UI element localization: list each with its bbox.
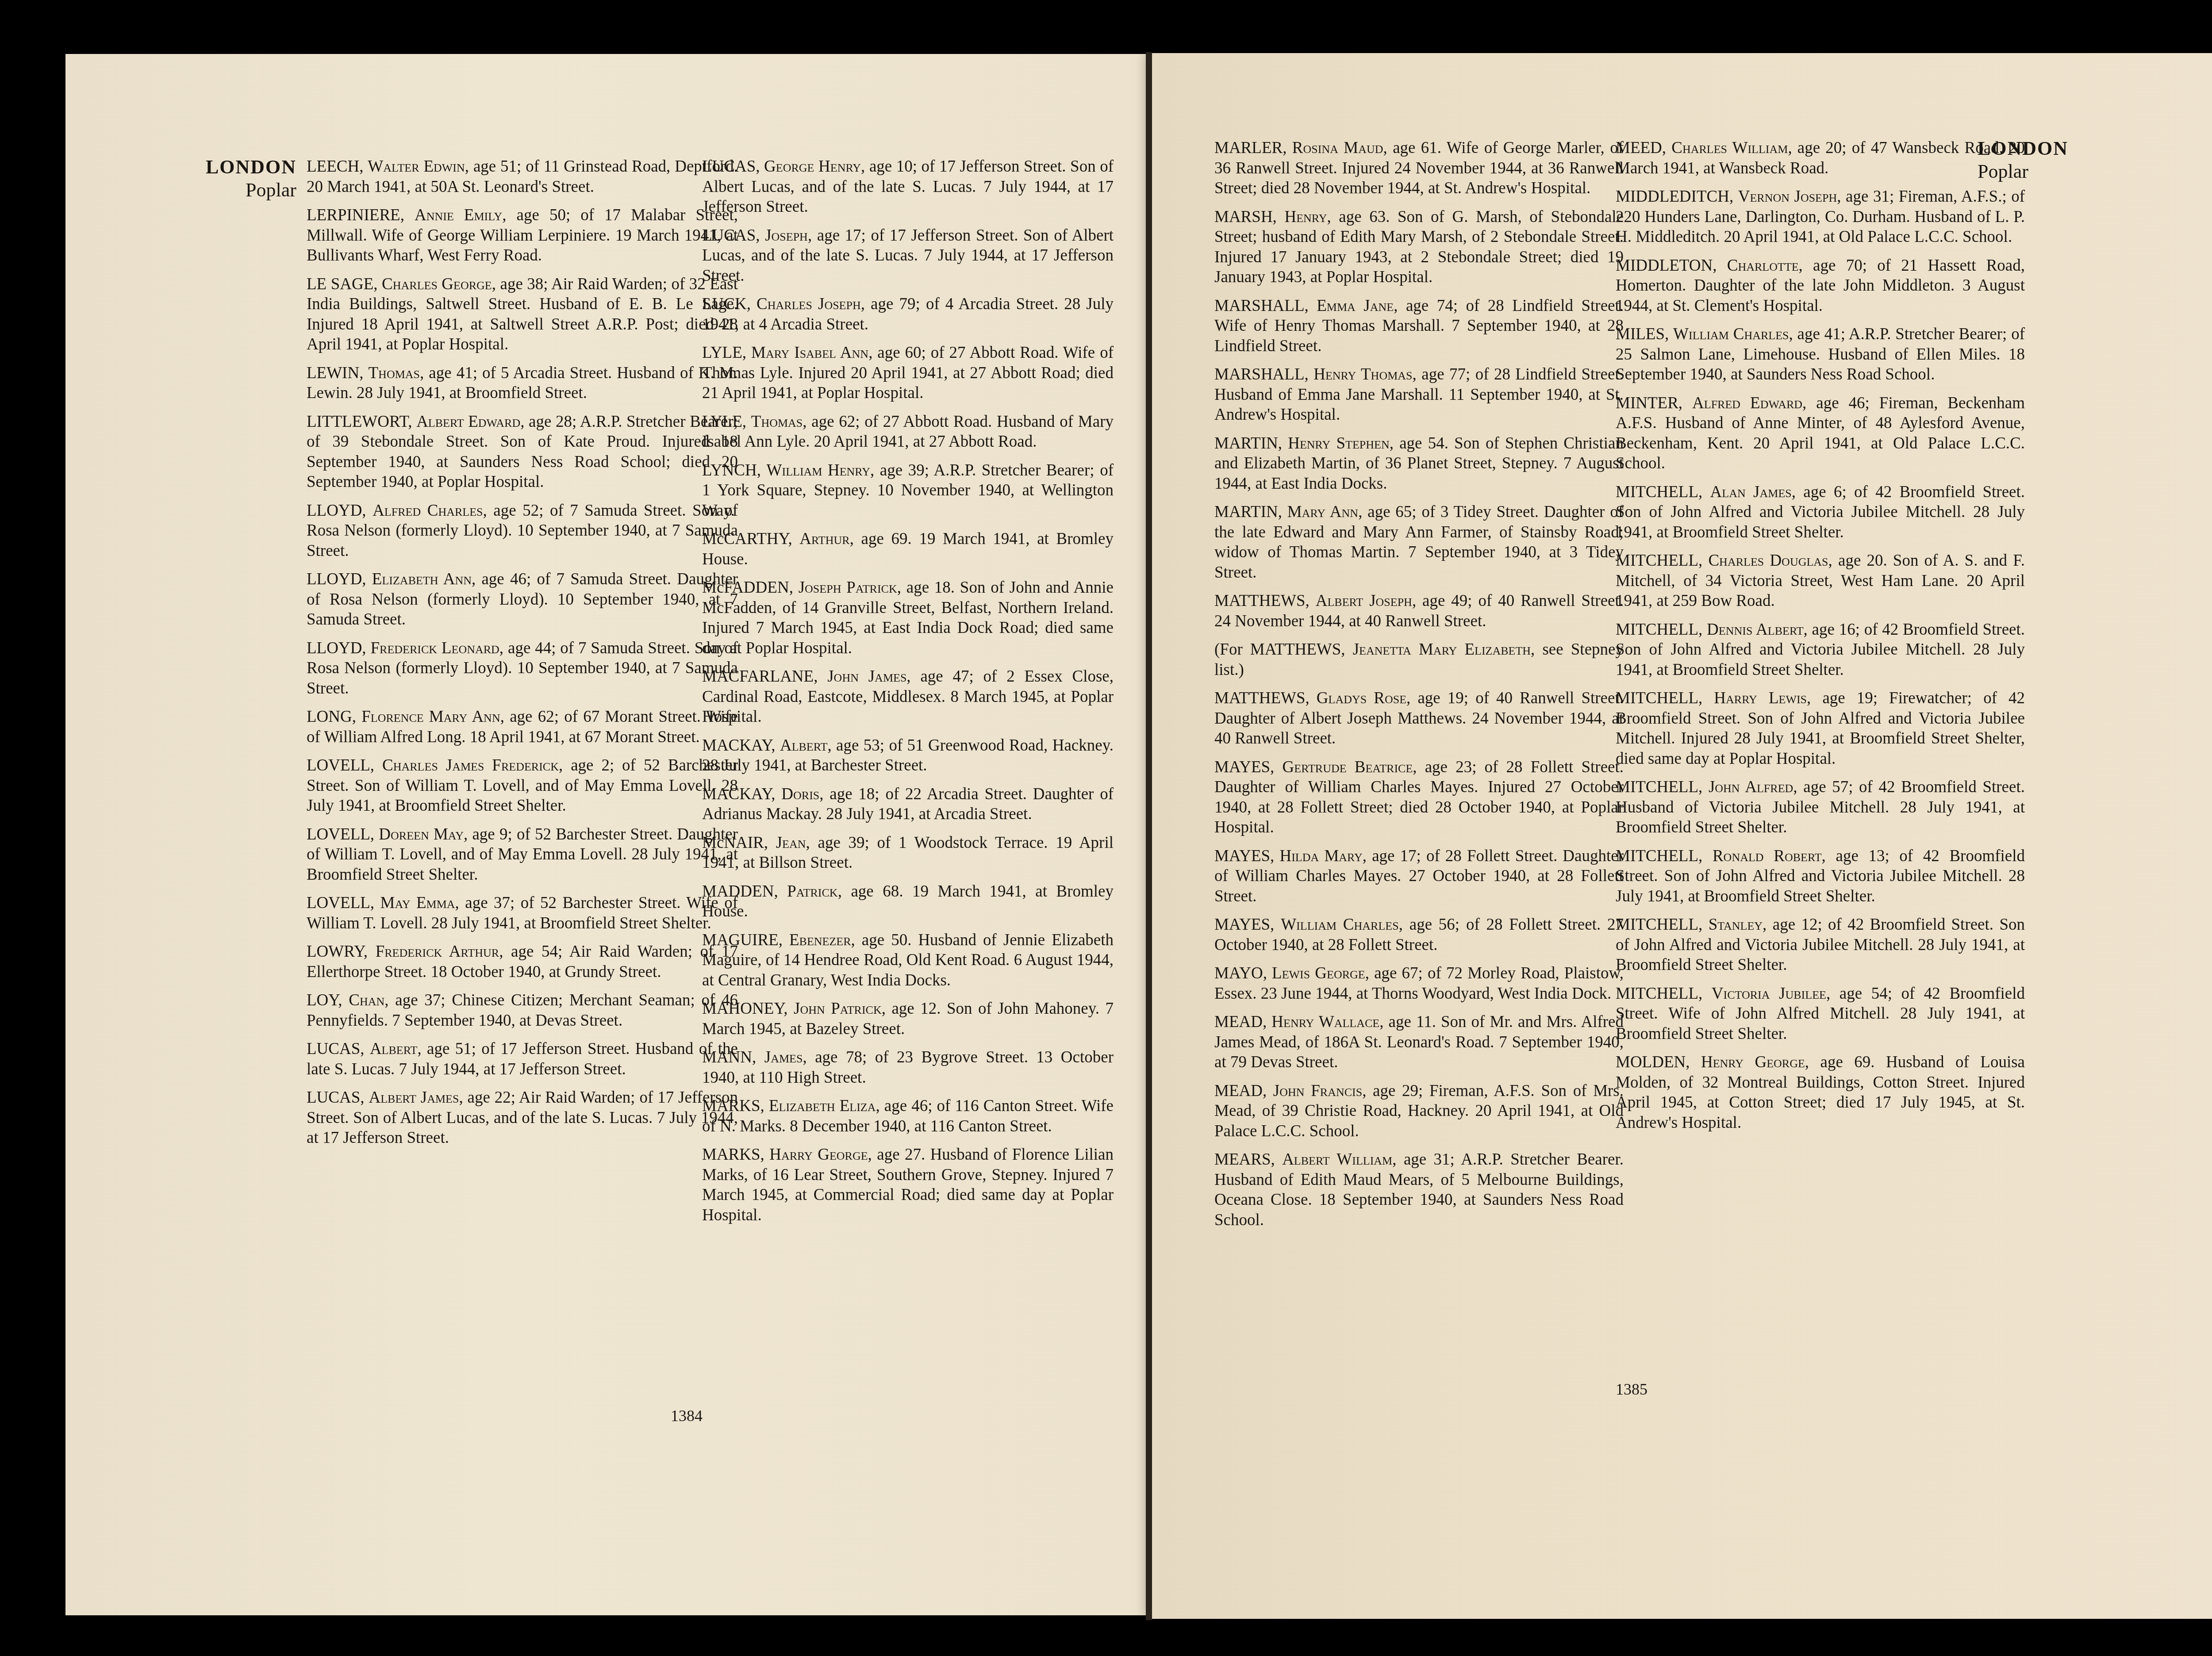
entry-given-names: Vernon Joseph, [1738, 188, 1841, 206]
entry-surname: MITCHELL, [1616, 847, 1702, 865]
left-page-number: 1384 [671, 1407, 703, 1425]
entry-given-names: Elizabeth Eliza, [769, 1097, 880, 1115]
casualty-entry: MITCHELL, Dennis Albert, age 16; of 42 B… [1616, 620, 2025, 680]
entry-given-names: Harry Lewis, [1714, 689, 1811, 707]
casualty-entry: LONG, Florence Mary Ann, age 62; of 67 M… [307, 707, 738, 747]
entry-details: age 78; of 23 Bygrove Street. 13 October… [702, 1048, 1114, 1087]
entry-given-names: George Henry, [764, 157, 865, 176]
entry-details: age 46; of 7 Samuda Street. Daughter of … [307, 570, 738, 629]
casualty-entry: LUCAS, Joseph, age 17; of 17 Jefferson S… [702, 226, 1114, 286]
casualty-entry: MIDDLETON, Charlotte, age 70; of 21 Hass… [1616, 256, 2025, 316]
casualty-entry: MITCHELL, Charles Douglas, age 20. Son o… [1616, 551, 2025, 611]
casualty-entry: MITCHELL, Alan James, age 6; of 42 Broom… [1616, 482, 2025, 543]
casualty-entry: LLOYD, Frederick Leonard, age 44; of 7 S… [307, 638, 738, 699]
entry-given-names: Victoria Jubilee, [1712, 985, 1830, 1003]
entry-surname: LYLE, [702, 413, 746, 431]
entry-surname: MARSH, [1214, 208, 1277, 226]
left-page-column-2: LUCAS, George Henry, age 10; of 17 Jeffe… [702, 157, 1114, 1234]
casualty-entry: MAHONEY, John Patrick, age 12. Son of Jo… [702, 999, 1114, 1039]
entry-given-names: John Patrick, [794, 1000, 886, 1018]
entry-surname: LUCAS, [307, 1089, 365, 1107]
entry-surname: LOVELL, [307, 756, 374, 774]
entry-given-names: Albert, [370, 1040, 422, 1058]
left-region-heading: LONDON Poplar [146, 156, 296, 202]
entry-surname: MINTER, [1616, 394, 1682, 412]
casualty-entry: LOVELL, Doreen May, age 9; of 52 Barches… [307, 824, 738, 885]
entry-given-names: Thomas, [751, 413, 807, 431]
entry-surname: McNAIR, [702, 834, 768, 852]
casualty-entry: MITCHELL, Stanley, age 12; of 42 Broomfi… [1616, 915, 2025, 975]
entry-surname: LLOYD, [307, 639, 366, 657]
entry-given-names: William Charles, [1673, 325, 1793, 343]
entry-given-names: Joseph, [765, 226, 812, 245]
casualty-entry: LUCAS, Albert James, age 22; Air Raid Wa… [307, 1088, 738, 1148]
entry-surname: MEAD, [1214, 1013, 1267, 1031]
entry-details: age 23; of 28 Follett Street. Daughter o… [1214, 758, 1624, 837]
entry-surname: MITCHELL, [1616, 985, 1702, 1003]
right-region-heading: LONDON Poplar [1978, 137, 2084, 183]
entry-given-names: Albert, [780, 736, 832, 755]
casualty-entry: MARTIN, Henry Stephen, age 54. Son of St… [1214, 433, 1624, 494]
entry-details: age 39; A.R.P. Stretcher Bearer; of 1 Yo… [702, 461, 1114, 520]
entry-given-names: Arthur, [799, 530, 854, 548]
casualty-entry: MARKS, Elizabeth Eliza, age 46; of 116 C… [702, 1096, 1114, 1136]
casualty-entry: LUCAS, Albert, age 51; of 17 Jefferson S… [307, 1039, 738, 1079]
entry-surname: MAGUIRE, [702, 931, 783, 949]
casualty-entry: MATTHEWS, Gladys Rose, age 19; of 40 Ran… [1214, 688, 1624, 749]
entry-given-names: Jean, [776, 834, 810, 852]
entry-given-names: Doris, [781, 785, 823, 803]
entry-given-names: Jeanetta Mary Elizabeth, [1353, 640, 1535, 659]
entry-surname: MANN, [702, 1048, 756, 1066]
entry-surname: MITCHELL, [1616, 552, 1702, 570]
entry-surname: MITCHELL, [1616, 916, 1702, 934]
casualty-entry: LYNCH, William Henry, age 39; A.R.P. Str… [702, 460, 1114, 521]
entry-surname: LE SAGE, [307, 275, 378, 293]
casualty-entry: McFADDEN, Joseph Patrick, age 18. Son of… [702, 578, 1114, 658]
region-county: LONDON [1978, 137, 2084, 160]
entry-given-names: Albert William, [1282, 1150, 1396, 1169]
casualty-entry: MARSHALL, Emma Jane, age 74; of 28 Lindf… [1214, 296, 1624, 356]
entry-given-names: Ebenezer, [789, 931, 855, 949]
casualty-entry: LEWIN, Thomas, age 41; of 5 Arcadia Stre… [307, 363, 738, 403]
casualty-entry: MAYO, Lewis George, age 67; of 72 Morley… [1214, 963, 1624, 1004]
entry-surname: LYLE, [702, 344, 746, 362]
entry-given-names: Rosina Maud, [1292, 139, 1387, 157]
entry-surname: MITCHELL, [1616, 621, 1702, 639]
casualty-entry: MATTHEWS, Albert Joseph, age 49; of 40 R… [1214, 591, 1624, 631]
entry-given-names: Charles William, [1671, 139, 1792, 157]
casualty-entry: MAYES, Gertrude Beatrice, age 23; of 28 … [1214, 757, 1624, 838]
entry-surname: LERPINIERE, [307, 206, 404, 224]
casualty-entry: MEAD, John Francis, age 29; Fireman, A.F… [1214, 1081, 1624, 1142]
entry-surname: LITTLEWORT, [307, 413, 412, 431]
entry-given-names: Mary Ann, [1287, 503, 1363, 521]
entry-given-names: May Emma, [380, 894, 459, 912]
casualty-entry: LOVELL, May Emma, age 37; of 52 Barchest… [307, 893, 738, 933]
entry-surname: MAYES, [1214, 847, 1274, 865]
casualty-entry: MAYES, Hilda Mary, age 17; of 28 Follett… [1214, 846, 1624, 907]
entry-surname: LLOYD, [307, 502, 366, 520]
entry-details: age 31; A.R.P. Stretcher Bearer. Husband… [1214, 1150, 1624, 1229]
entry-given-names: Albert James, [369, 1089, 463, 1107]
entry-given-names: Henry Thomas, [1313, 365, 1417, 383]
casualty-entry: MEED, Charles William, age 20; of 47 Wan… [1616, 138, 2025, 178]
entry-surname: MARSHALL, [1214, 297, 1309, 315]
casualty-entry: MEAD, Henry Wallace, age 11. Son of Mr. … [1214, 1012, 1624, 1073]
entry-given-names: Charlotte, [1727, 257, 1803, 275]
entry-surname: MITCHELL, [1616, 778, 1702, 796]
entry-surname: LEWIN, [307, 364, 363, 382]
entry-surname: MIDDLETON, [1616, 257, 1717, 275]
casualty-entry: McNAIR, Jean, age 39; of 1 Woodstock Ter… [702, 833, 1114, 873]
casualty-entry: LYLE, Mary Isabel Ann, age 60; of 27 Abb… [702, 343, 1114, 403]
casualty-entry: (For MATTHEWS, Jeanetta Mary Elizabeth, … [1214, 640, 1624, 680]
entry-surname: LOVELL, [307, 894, 374, 912]
entry-given-names: Chan, [349, 991, 388, 1009]
region-borough: Poplar [146, 179, 296, 202]
entry-given-names: Mary Isabel Ann, [751, 344, 872, 362]
casualty-entry: MINTER, Alfred Edward, age 46; Fireman, … [1616, 393, 2025, 474]
entry-surname: MACFARLANE, [702, 667, 818, 686]
entry-surname: LUCAS, [307, 1040, 365, 1058]
left-page-column-1: LEECH, Walter Edwin, age 51; of 11 Grins… [307, 157, 738, 1157]
entry-given-names: Frederick Leonard, [370, 639, 503, 657]
entry-surname: MEAD, [1214, 1082, 1267, 1100]
casualty-entry: MARSH, Henry, age 63. Son of G. Marsh, o… [1214, 207, 1624, 287]
entry-given-names: Harry George, [769, 1146, 872, 1164]
entry-given-names: James, [764, 1048, 807, 1066]
casualty-entry: MITCHELL, Harry Lewis, age 19; Firewatch… [1616, 688, 2025, 769]
entry-surname: MOLDEN, [1616, 1053, 1690, 1071]
casualty-entry: MARTIN, Mary Ann, age 65; of 3 Tidey Str… [1214, 502, 1624, 583]
entry-given-names: Charles George, [382, 275, 496, 293]
right-page-column-2: MEED, Charles William, age 20; of 47 Wan… [1616, 138, 2025, 1141]
casualty-entry: LITTLEWORT, Albert Edward, age 28; A.R.P… [307, 412, 738, 492]
entry-surname: MARTIN, [1214, 503, 1282, 521]
entry-given-names: Lewis George, [1272, 964, 1369, 982]
entry-given-names: John Alfred, [1709, 778, 1797, 796]
entry-surname: MADDEN, [702, 882, 778, 901]
entry-surname: MARTIN, [1214, 434, 1282, 452]
entry-given-names: Alfred Edward, [1692, 394, 1806, 412]
entry-surname: MARLER, [1214, 139, 1286, 157]
entry-surname: MILES, [1616, 325, 1669, 343]
casualty-entry: MARLER, Rosina Maud, age 61. Wife of Geo… [1214, 138, 1624, 199]
casualty-entry: MACFARLANE, John James, age 47; of 2 Ess… [702, 667, 1114, 727]
entry-surname: MAYES, [1214, 758, 1274, 776]
casualty-entry: MAGUIRE, Ebenezer, age 50. Husband of Je… [702, 930, 1114, 991]
entry-surname: LOWRY, [307, 943, 368, 961]
entry-given-names: Doreen May, [379, 825, 468, 843]
book-spine [1146, 52, 1152, 1620]
entry-details: age 56; of 28 Follett Street. 27 October… [1214, 916, 1624, 954]
entry-given-names: Henry Wallace, [1271, 1013, 1383, 1031]
entry-given-names: Henry Stephen, [1288, 434, 1394, 452]
entry-surname: MACKAY, [702, 736, 776, 755]
entry-surname: MARKS, [702, 1097, 764, 1115]
casualty-entry: MOLDEN, Henry George, age 69. Husband of… [1616, 1052, 2025, 1133]
entry-surname: MATTHEWS, [1214, 689, 1310, 707]
casualty-entry: MACKAY, Doris, age 18; of 22 Arcadia Str… [702, 784, 1114, 824]
entry-given-names: Walter Edwin, [368, 157, 469, 176]
entry-given-names: Gertrude Beatrice, [1283, 758, 1417, 776]
casualty-entry: LERPINIERE, Annie Emily, age 50; of 17 M… [307, 205, 738, 266]
region-county: LONDON [146, 156, 296, 179]
entry-surname: MACKAY, [702, 785, 776, 803]
entry-details: age 17; of 28 Follett Street. Daughter o… [1214, 847, 1624, 905]
entry-given-names: Alfred Charles, [373, 502, 487, 520]
casualty-entry: MITCHELL, Victoria Jubilee, age 54; of 4… [1616, 984, 2025, 1044]
entry-given-names: Henry, [1284, 208, 1331, 226]
entry-given-names: Hilda Mary, [1279, 847, 1367, 865]
casualty-entry: MADDEN, Patrick, age 68. 19 March 1941, … [702, 882, 1114, 922]
entry-given-names: Annie Emily, [415, 206, 507, 224]
entry-given-names: Charles Douglas, [1708, 552, 1832, 570]
casualty-entry: LLOYD, Elizabeth Ann, age 46; of 7 Samud… [307, 569, 738, 630]
right-page-number: 1385 [1616, 1380, 1647, 1399]
entry-surname: MITCHELL, [1616, 689, 1702, 707]
casualty-entry: MARKS, Harry George, age 27. Husband of … [702, 1145, 1114, 1225]
entry-given-names: William Henry, [767, 461, 875, 479]
entry-surname: MAYO, [1214, 964, 1267, 982]
entry-surname: LYNCH, [702, 461, 761, 479]
entry-given-names: Charles Joseph, [757, 295, 865, 313]
entry-given-names: John James, [827, 667, 910, 686]
entry-surname: LONG, [307, 708, 356, 726]
casualty-entry: MAYES, William Charles, age 56; of 28 Fo… [1214, 915, 1624, 955]
entry-given-names: Ronald Robert, [1713, 847, 1826, 865]
casualty-entry: LEECH, Walter Edwin, age 51; of 11 Grins… [307, 157, 738, 197]
entry-surname: MARSHALL, [1214, 365, 1309, 383]
entry-given-names: Florence Mary Ann, [361, 708, 504, 726]
entry-surname: MIDDLEDITCH, [1616, 188, 1733, 206]
entry-details: age 17; of 17 Jefferson Street. Son of A… [702, 226, 1114, 285]
casualty-entry: MARSHALL, Henry Thomas, age 77; of 28 Li… [1214, 364, 1624, 425]
entry-given-names: Stanley, [1709, 916, 1767, 934]
entry-given-names: John Francis, [1273, 1082, 1367, 1100]
entry-given-names: Thomas, [369, 364, 424, 382]
casualty-entry: MIDDLEDITCH, Vernon Joseph, age 31; Fire… [1616, 187, 2025, 247]
entry-surname: MEED, [1616, 139, 1666, 157]
entry-given-names: William Charles, [1281, 916, 1403, 934]
entry-given-names: Dennis Albert, [1707, 621, 1808, 639]
entry-surname: MEARS, [1214, 1150, 1275, 1169]
casualty-entry: MITCHELL, John Alfred, age 57; of 42 Bro… [1616, 777, 2025, 838]
entry-given-names: Charles James Frederick, [382, 756, 563, 774]
entry-surname: LOVELL, [307, 825, 374, 843]
entry-surname: McFADDEN, [702, 579, 793, 597]
entry-details: age 52; of 7 Samuda Street. Son of Rosa … [307, 502, 738, 560]
casualty-entry: LOWRY, Frederick Arthur, age 54; Air Rai… [307, 942, 738, 982]
casualty-entry: LLOYD, Alfred Charles, age 52; of 7 Samu… [307, 501, 738, 561]
casualty-entry: MANN, James, age 78; of 23 Bygrove Stree… [702, 1047, 1114, 1088]
entry-surname: LUCAS, [702, 157, 760, 176]
entry-details: age 54; Air Raid Warden; of 17 Ellerthor… [307, 943, 738, 981]
casualty-entry: LOY, Chan, age 37; Chinese Citizen; Merc… [307, 990, 738, 1031]
casualty-entry: MACKAY, Albert, age 53; of 51 Greenwood … [702, 736, 1114, 776]
entry-surname: LLOYD, [307, 570, 366, 588]
entry-surname: LUCK, [702, 295, 751, 313]
casualty-entry: MEARS, Albert William, age 31; A.R.P. St… [1214, 1150, 1624, 1230]
entry-surname: MARKS, [702, 1146, 764, 1164]
casualty-entry: McCARTHY, Arthur, age 69. 19 March 1941,… [702, 529, 1114, 569]
casualty-entry: LUCAS, George Henry, age 10; of 17 Jeffe… [702, 157, 1114, 217]
casualty-entry: LYLE, Thomas, age 62; of 27 Abbott Road.… [702, 412, 1114, 452]
entry-surname: LUCAS, [702, 226, 760, 245]
entry-surname: McCARTHY, [702, 530, 792, 548]
entry-given-names: Emma Jane, [1317, 297, 1398, 315]
entry-given-names: Frederick Arthur, [376, 943, 503, 961]
casualty-entry: MITCHELL, Ronald Robert, age 13; of 42 B… [1616, 846, 2025, 907]
entry-given-names: Henry George, [1701, 1053, 1809, 1071]
entry-surname: LOY, [307, 991, 342, 1009]
casualty-entry: LE SAGE, Charles George, age 38; Air Rai… [307, 274, 738, 355]
casualty-entry: MILES, William Charles, age 41; A.R.P. S… [1616, 324, 2025, 385]
entry-surname: LEECH, [307, 157, 363, 176]
entry-given-names: Alan James, [1710, 483, 1796, 501]
entry-surname: MITCHELL, [1616, 483, 1702, 501]
entry-surname: (For MATTHEWS, [1214, 640, 1345, 659]
casualty-entry: LUCK, Charles Joseph, age 79; of 4 Arcad… [702, 294, 1114, 334]
entry-given-names: Elizabeth Ann, [372, 570, 476, 588]
entry-given-names: Albert Edward, [416, 413, 524, 431]
entry-surname: MAYES, [1214, 916, 1274, 934]
region-borough: Poplar [1978, 160, 2084, 183]
casualty-entry: LOVELL, Charles James Frederick, age 2; … [307, 755, 738, 816]
entry-given-names: Albert Joseph, [1316, 592, 1416, 610]
right-page-column-1: MARLER, Rosina Maud, age 61. Wife of Geo… [1214, 138, 1624, 1238]
entry-given-names: Joseph Patrick, [799, 579, 901, 597]
entry-given-names: Patrick, [787, 882, 842, 901]
entry-given-names: Gladys Rose, [1317, 689, 1411, 707]
entry-surname: MATTHEWS, [1214, 592, 1310, 610]
entry-surname: MAHONEY, [702, 1000, 788, 1018]
